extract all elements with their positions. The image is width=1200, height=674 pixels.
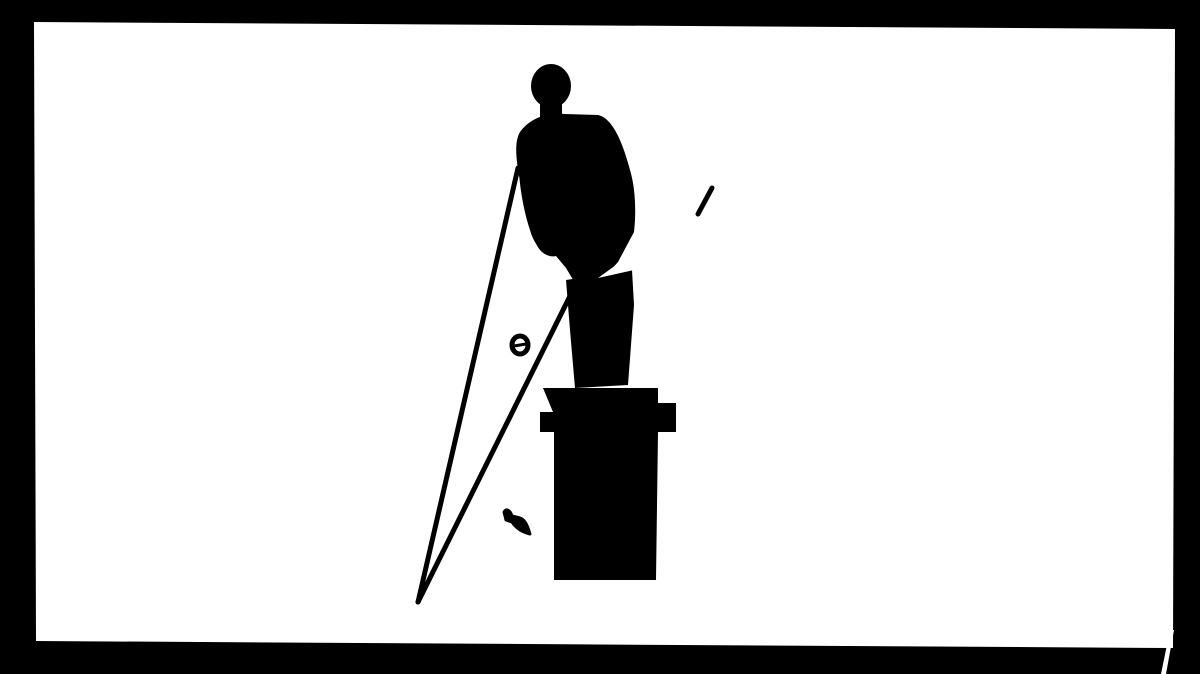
diagram-canvas: l θ α: [0, 0, 1200, 674]
pedestal: [540, 388, 676, 580]
diagram-frame: l θ α: [0, 0, 1200, 674]
